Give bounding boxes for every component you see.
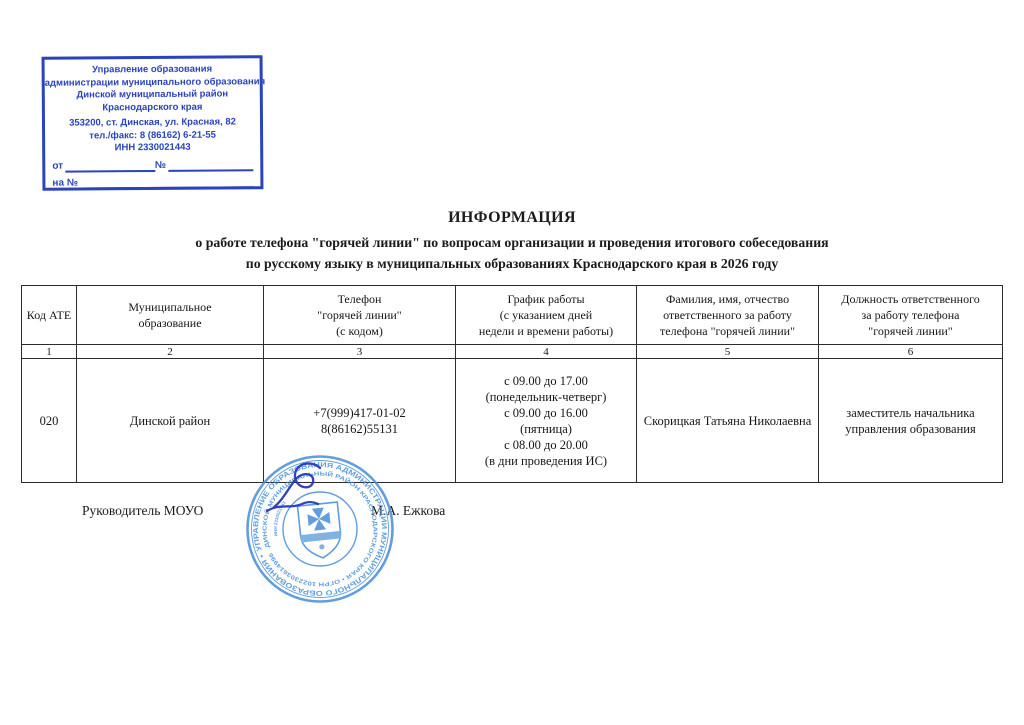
cell-position: заместитель начальника управления образо… <box>819 359 1003 483</box>
header-cell-position: Должность ответственного за работу телеф… <box>819 286 1003 345</box>
header-cell-responsible: Фамилия, имя, отчество ответственного за… <box>637 286 819 345</box>
table-row: 020 Динской район +7(999)417-01-02 8(861… <box>22 359 1003 483</box>
cell-responsible: Скорицкая Татьяна Николаевна <box>637 359 819 483</box>
stamp-ref-row: от № <box>52 156 253 172</box>
cell-code: 020 <box>22 359 77 483</box>
page-title: ИНФОРМАЦИЯ <box>0 209 1024 227</box>
blank-line <box>168 158 253 172</box>
table-header-row: Код АТЕ Муниципальное образование Телефо… <box>22 286 1003 345</box>
blank-line <box>65 158 155 172</box>
blank-line <box>80 175 254 189</box>
hotline-table: Код АТЕ Муниципальное образование Телефо… <box>21 285 1003 483</box>
stamp-from-label: от <box>52 160 65 172</box>
stamp-inn-line: ИНН 2330021443 <box>45 141 260 155</box>
signature-role: Руководитель МОУО <box>82 503 203 519</box>
header-cell-phone: Телефон "горячей линии" (с кодом) <box>264 286 456 345</box>
stamp-org-line: Динской муниципальный район <box>45 88 260 102</box>
stamp-number-label: № <box>155 159 168 171</box>
header-cell-schedule: График работы (с указанием дней недели и… <box>456 286 637 345</box>
header-cell-municipality: Муниципальное образование <box>77 286 264 345</box>
column-number: 5 <box>637 345 819 359</box>
document-page: Управление образования администрации мун… <box>0 0 1024 725</box>
cell-schedule: с 09.00 до 17.00 (понедельник-четверг) с… <box>456 359 637 483</box>
cell-municipality: Динской район <box>77 359 264 483</box>
column-number-row: 1 2 3 4 5 6 <box>22 345 1003 359</box>
column-number: 6 <box>819 345 1003 359</box>
stamp-on-number-label: на № <box>52 177 80 189</box>
subtitle-line: о работе телефона "горячей линии" по воп… <box>0 232 1024 253</box>
corner-stamp: Управление образования администрации мун… <box>42 55 264 191</box>
header-cell-code: Код АТЕ <box>22 286 77 345</box>
column-number: 4 <box>456 345 637 359</box>
stamp-ref-row: на № <box>52 173 253 189</box>
handwritten-signature <box>258 458 350 524</box>
column-number: 1 <box>22 345 77 359</box>
page-subtitle: о работе телефона "горячей линии" по воп… <box>0 232 1024 274</box>
stamp-address-line: 353200, ст. Динская, ул. Красная, 82 <box>45 116 260 130</box>
subtitle-line: по русскому языку в муниципальных образо… <box>0 253 1024 274</box>
column-number: 3 <box>264 345 456 359</box>
column-number: 2 <box>77 345 264 359</box>
